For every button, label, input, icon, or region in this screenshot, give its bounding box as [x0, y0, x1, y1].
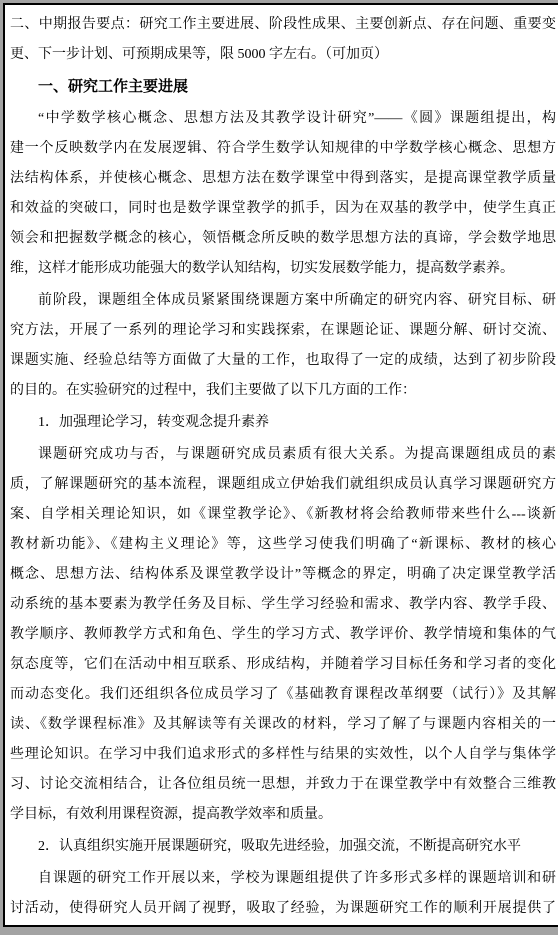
- text-line: 教材新功能》、《建构主义理论》等，这些学习使我们明确了“新课标、教材的核心: [10, 530, 556, 560]
- text-line: 课题研究成功与否，与课题研究成员素质有很大关系。为提高课题组成员的素: [10, 440, 556, 470]
- text-line: 自课题的研究工作开展以来，学校为课题组提供了许多形式多样的课题培训和研: [10, 864, 556, 894]
- text-line: 动系统的基本要素为教学任务及目标、学生学习经验和需求、教学内容、教学手段、: [10, 590, 556, 620]
- paragraph: 自课题的研究工作开展以来，学校为课题组提供了许多形式多样的课题培训和研讨活动，使…: [10, 864, 556, 924]
- paragraph: “中学数学核心概念、思想方法及其教学设计研究”——《圆》课题组提出，构建一个反映…: [10, 104, 556, 284]
- text-line: 2．认真组织实施开展课题研究，吸取先进经验，加强交流，不断提高研究水平: [10, 832, 556, 862]
- text-line: 教学顺序、教师教学方式和角色、学生的学习方式、教学评价、教学情境和集体的气: [10, 620, 556, 650]
- document-page: 二、中期报告要点：研究工作主要进展、阶段性成果、主要创新点、存在问题、重要变更、…: [3, 3, 558, 927]
- paragraph: 2．认真组织实施开展课题研究，吸取先进经验，加强交流，不断提高研究水平: [10, 832, 556, 862]
- text-line: 课题实施、经验总结等方面做了大量的工作，也取得了一定的成绩，达到了初步阶段: [10, 346, 556, 376]
- document-background: 二、中期报告要点：研究工作主要进展、阶段性成果、主要创新点、存在问题、重要变更、…: [0, 0, 558, 935]
- paragraph: 二、中期报告要点：研究工作主要进展、阶段性成果、主要创新点、存在问题、重要变更、…: [10, 10, 556, 70]
- text-line: 讨活动，使得研究人员开阔了视野，吸取了经验，为课题研究工作的顺利开展提供了: [10, 894, 556, 924]
- text-line: “中学数学核心概念、思想方法及其教学设计研究”——《圆》课题组提出，构: [10, 104, 556, 134]
- text-line: 的目的。在实验研究的过程中，我们主要做了以下几方面的工作：: [10, 376, 556, 406]
- text-line: 一、研究工作主要进展: [10, 72, 556, 102]
- text-line: 更、下一步计划、可预期成果等，限 5000 字左右。（可加页）: [10, 40, 556, 70]
- paragraph: 课题研究成功与否，与课题研究成员素质有很大关系。为提高课题组成员的素质，了解课题…: [10, 440, 556, 830]
- text-line: 1．加强理论学习，转变观念提升素养: [10, 408, 556, 438]
- text-line: 概念、思想方法、结构体系及课堂教学设计”等概念的界定，明确了决定课堂教学活: [10, 560, 556, 590]
- text-line: 前阶段，课题组全体成员紧紧围绕课题方案中所确定的研究内容、研究目标、研: [10, 286, 556, 316]
- text-line: 读、《数学课程标准》及其解读等有关课改的材料，学习了解了与课题内容相关的一: [10, 710, 556, 740]
- section-heading: 一、研究工作主要进展: [10, 72, 556, 102]
- text-line: 氛态度等，它们在活动中相互联系、形成结构，并随着学习目标任务和学习者的变化: [10, 650, 556, 680]
- text-line: 习、讨论交流相结合，让各位组员统一思想，并致力于在课堂教学中有效整合三维教: [10, 770, 556, 800]
- text-line: 案、自学相关理论知识，如《课堂教学论》、《新教材将会给教师带来些什么---谈新: [10, 500, 556, 530]
- text-line: 建一个反映数学内在发展逻辑、符合学生数学认知规律的中学数学核心概念、思想方: [10, 134, 556, 164]
- text-line: 质，了解课题研究的基本流程，课题组成立伊始我们就组织成员认真学习课题研究方: [10, 470, 556, 500]
- text-line: 些理论知识。在学习中我们追求形式的多样性与结果的实效性，以个人自学与集体学: [10, 740, 556, 770]
- text-line: 究方法，开展了一系列的理论学习和实践探索，在课题论证、课题分解、研讨交流、: [10, 316, 556, 346]
- text-line: 领会和把握数学概念的核心，领悟概念所反映的数学思想方法的真谛，学会数学地思: [10, 224, 556, 254]
- text-line: 而动态变化。我们还组织各位成员学习了《基础教育课程改革纲要（试行）》及其解: [10, 680, 556, 710]
- text-line: 二、中期报告要点：研究工作主要进展、阶段性成果、主要创新点、存在问题、重要变: [10, 10, 556, 40]
- paragraph: 前阶段，课题组全体成员紧紧围绕课题方案中所确定的研究内容、研究目标、研究方法，开…: [10, 286, 556, 406]
- text-line: 学目标，有效利用课程资源，提高教学效率和质量。: [10, 800, 556, 830]
- text-line: 和效益的突破口，同时也是数学课堂教学的抓手，因为在双基的教学中，使学生真正: [10, 194, 556, 224]
- paragraph: 1．加强理论学习，转变观念提升素养: [10, 408, 556, 438]
- text-line: 维，这样才能形成功能强大的数学认知结构，切实发展数学能力，提高数学素养。: [10, 254, 556, 284]
- text-line: 法结构体系，并使核心概念、思想方法在数学课堂中得到落实，是提高课堂教学质量: [10, 164, 556, 194]
